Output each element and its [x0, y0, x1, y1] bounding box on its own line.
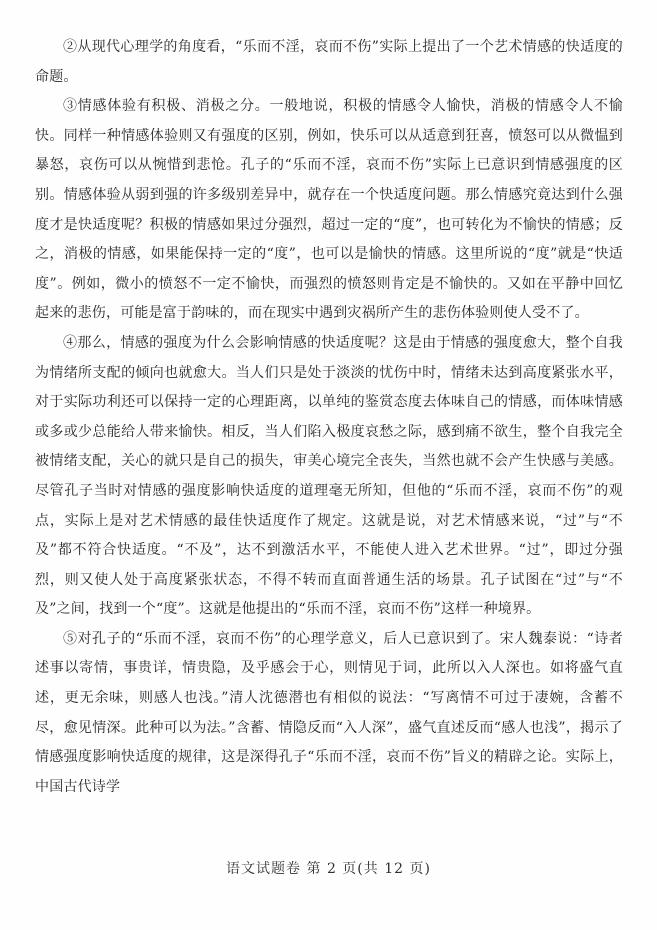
paragraph-5: ⑤对孔子的“乐而不淫，哀而不伤”的心理学意义，后人已意识到了。宋人魏泰说：“诗者…: [35, 625, 623, 803]
paragraph-3: ③情感体验有积极、消极之分。一般地说，积极的情感令人愉快，消极的情感令人不愉快。…: [35, 92, 623, 329]
page-footer: 语文试题卷 第 2 页(共 12 页): [0, 858, 657, 878]
article-body: ②从现代心理学的角度看，“乐而不淫，哀而不伤”实际上提出了一个艺术情感的快适度的…: [35, 33, 623, 802]
paragraph-4: ④那么，情感的强度为什么会影响情感的快适度呢？这是由于情感的强度愈大，整个自我为…: [35, 329, 623, 625]
exam-paper-page: ②从现代心理学的角度看，“乐而不淫，哀而不伤”实际上提出了一个艺术情感的快适度的…: [0, 0, 657, 930]
paragraph-2: ②从现代心理学的角度看，“乐而不淫，哀而不伤”实际上提出了一个艺术情感的快适度的…: [35, 33, 623, 92]
